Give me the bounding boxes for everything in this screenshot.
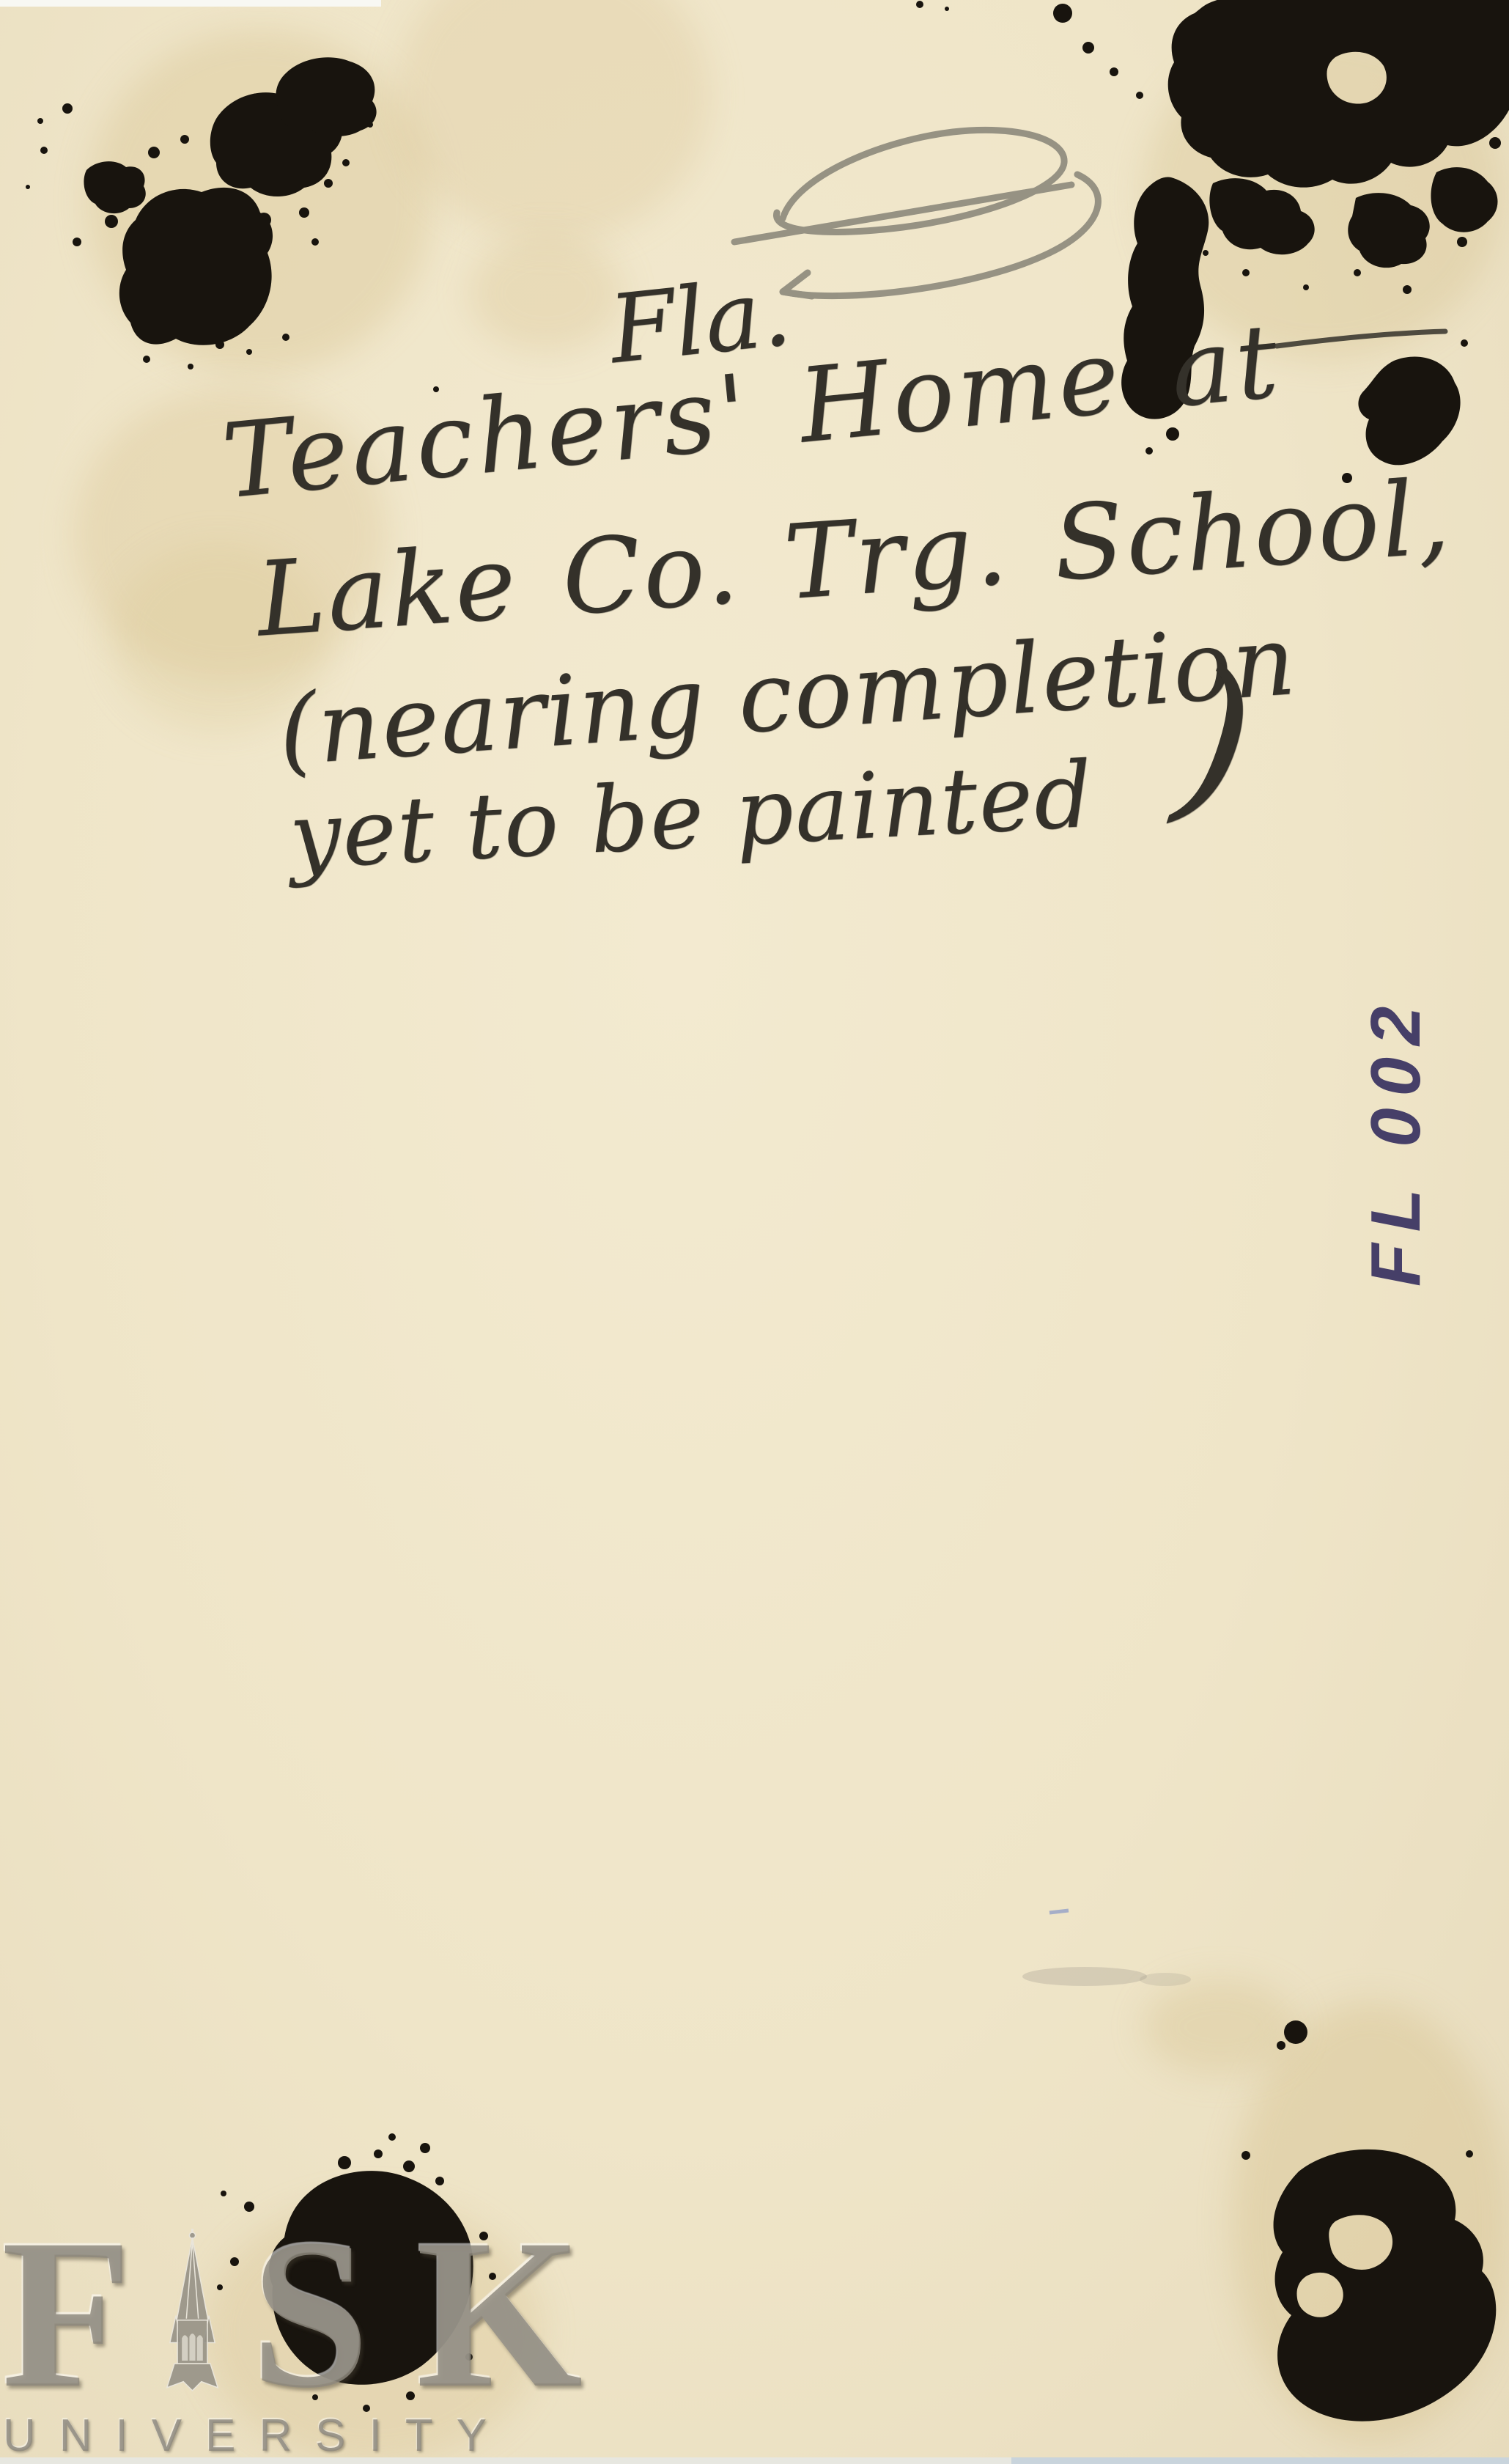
- ink-blot-top-left: [26, 57, 439, 392]
- blue-pen-dash: [1049, 1910, 1069, 1913]
- scan-edge-artifact-bottom-right: [1011, 2457, 1509, 2464]
- watermark-letter-s: S: [251, 2229, 369, 2400]
- photo-verso-scan: Fla. Teachers' Home at Lake Co. Trg. Sch…: [0, 0, 1509, 2464]
- ink-t-crossbar: [1277, 331, 1445, 346]
- pencil-smudge: [1022, 1967, 1191, 1986]
- pencil-scribble: [734, 130, 1098, 296]
- scan-edge-artifact-top: [0, 0, 381, 7]
- watermark-letter-k: K: [416, 2229, 583, 2400]
- watermark-letter-f: F: [1, 2229, 132, 2400]
- catalog-number: FL 002: [1356, 905, 1436, 1287]
- ink-blot-bottom-right: [1241, 2020, 1496, 2421]
- watermark-university: UNIVERSITY: [3, 2413, 510, 2459]
- ink-blot-top-right: [916, 0, 1509, 294]
- steeple-tower-icon: [154, 2229, 231, 2394]
